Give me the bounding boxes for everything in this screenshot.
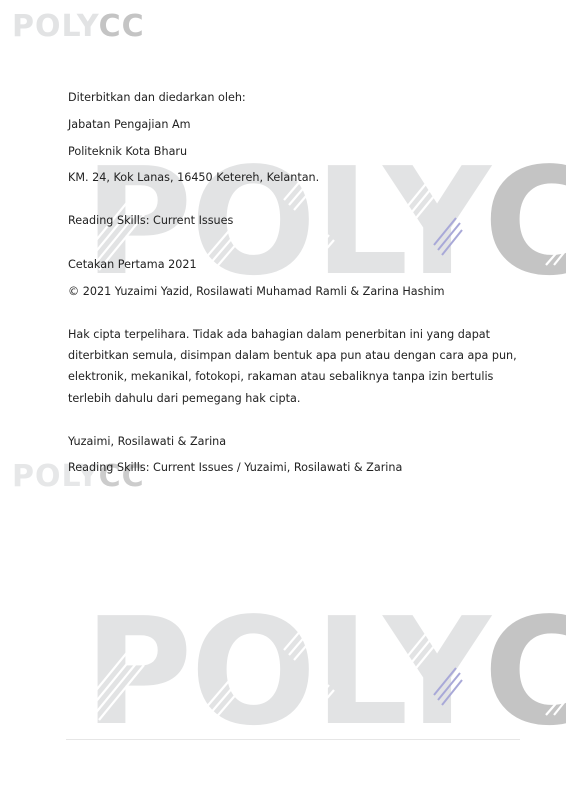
- copyright-statement: © 2021 Yuzaimi Yazid, Rosilawati Muhamad…: [68, 285, 445, 298]
- publisher-address: KM. 24, Kok Lanas, 16450 Ketereh, Kelant…: [68, 171, 319, 184]
- catalog-authors: Yuzaimi, Rosilawati & Zarina: [68, 435, 226, 448]
- watermark-cc: CC: [483, 586, 566, 758]
- edition-statement: Cetakan Pertama 2021: [68, 258, 197, 271]
- book-title: Reading Skills: Current Issues: [68, 214, 233, 227]
- watermark-cc: CC: [99, 9, 145, 44]
- polycc-watermark-large-bottom: POLYCC: [84, 598, 566, 746]
- footer-divider: [66, 739, 520, 740]
- publisher-institution: Politeknik Kota Bharu: [68, 145, 187, 158]
- polycc-watermark-small-top: POLYCC: [12, 12, 145, 42]
- watermark-cc: CC: [483, 136, 566, 308]
- watermark-poly: POLY: [12, 9, 99, 44]
- publisher-intro: Diterbitkan dan diedarkan oleh:: [68, 91, 246, 104]
- watermark-poly: POLY: [84, 586, 483, 758]
- rights-notice: Hak cipta terpelihara. Tidak ada bahagia…: [68, 324, 528, 409]
- catalog-entry: Reading Skills: Current Issues / Yuzaimi…: [68, 461, 402, 474]
- publisher-department: Jabatan Pengajian Am: [68, 118, 191, 131]
